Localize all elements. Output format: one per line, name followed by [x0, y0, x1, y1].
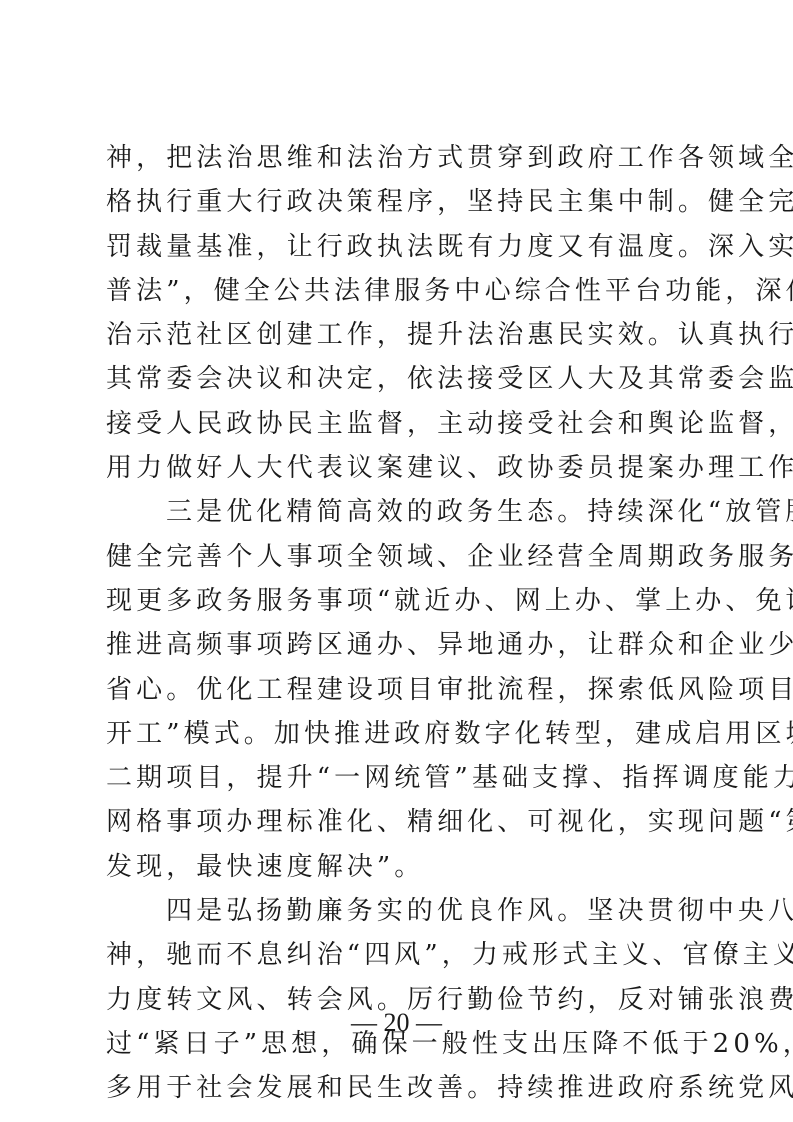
text-line: 网格事项办理标准化、精细化、可视化，实现问题“第一时间: [106, 800, 688, 844]
section-heading-four: 四是弘扬勤廉务实的优良作风。: [166, 896, 587, 926]
text-line: 开工”模式。加快推进政府数字化转型，建成启用区城运平台: [106, 712, 688, 756]
text-line: 神，把法治思维和法治方式贯穿到政府工作各领域全过程。严: [106, 136, 688, 180]
text-line: 多用于社会发展和民生改善。持续推进政府系统党风廉政建设和: [106, 1066, 688, 1110]
section-four-first-line: 四是弘扬勤廉务实的优良作风。坚决贯彻中央八项规定精: [106, 889, 688, 933]
document-body: 神，把法治思维和法治方式贯穿到政府工作各领域全过程。严 格执行重大行政决策程序，…: [106, 136, 688, 1111]
text-line: 省心。优化工程建设项目审批流程，探索低风险项目“拿地即: [106, 668, 688, 712]
text-line: 其常委会决议和决定，依法接受区人大及其常委会监督，自觉: [106, 357, 688, 401]
section-text: 持续深化“放管服”改革，: [587, 497, 793, 527]
text-line: 神，驰而不息纠治“四风”，力戒形式主义、官僚主义，以更大: [106, 933, 688, 977]
text-line: 治示范社区创建工作，提升法治惠民实效。认真执行区人大及: [106, 313, 688, 357]
section-three-first-line: 三是优化精简高效的政务生态。持续深化“放管服”改革，: [106, 490, 688, 534]
text-line: 接受人民政协民主监督，主动接受社会和舆论监督，用心用情: [106, 402, 688, 446]
section-heading-three: 三是优化精简高效的政务生态。: [166, 497, 587, 527]
text-line: 发现，最快速度解决”。: [106, 845, 688, 889]
text-line: 现更多政务服务事项“就近办、网上办、掌上办、免证办”，: [106, 579, 688, 623]
text-line: 用力做好人大代表议案建议、政协委员提案办理工作。: [106, 446, 688, 490]
page-number: — 20 —: [0, 1008, 793, 1038]
text-line: 普法”，健全公共法律服务中心综合性平台功能，深化民主法: [106, 269, 688, 313]
section-text: 坚决贯彻中央八项规定精: [587, 896, 793, 926]
text-line: 罚裁量基准，让行政执法既有力度又有温度。深入实施“八五: [106, 225, 688, 269]
text-line: 二期项目，提升“一网统管”基础支撑、指挥调度能力，推动: [106, 756, 688, 800]
text-line: 健全完善个人事项全领域、企业经营全周期政务服务体系，实: [106, 535, 688, 579]
text-line: 格执行重大行政决策程序，坚持民主集中制。健全完善行政处: [106, 180, 688, 224]
text-line: 推进高频事项跨区通办、异地通办，让群众和企业少跑腿、更: [106, 623, 688, 667]
